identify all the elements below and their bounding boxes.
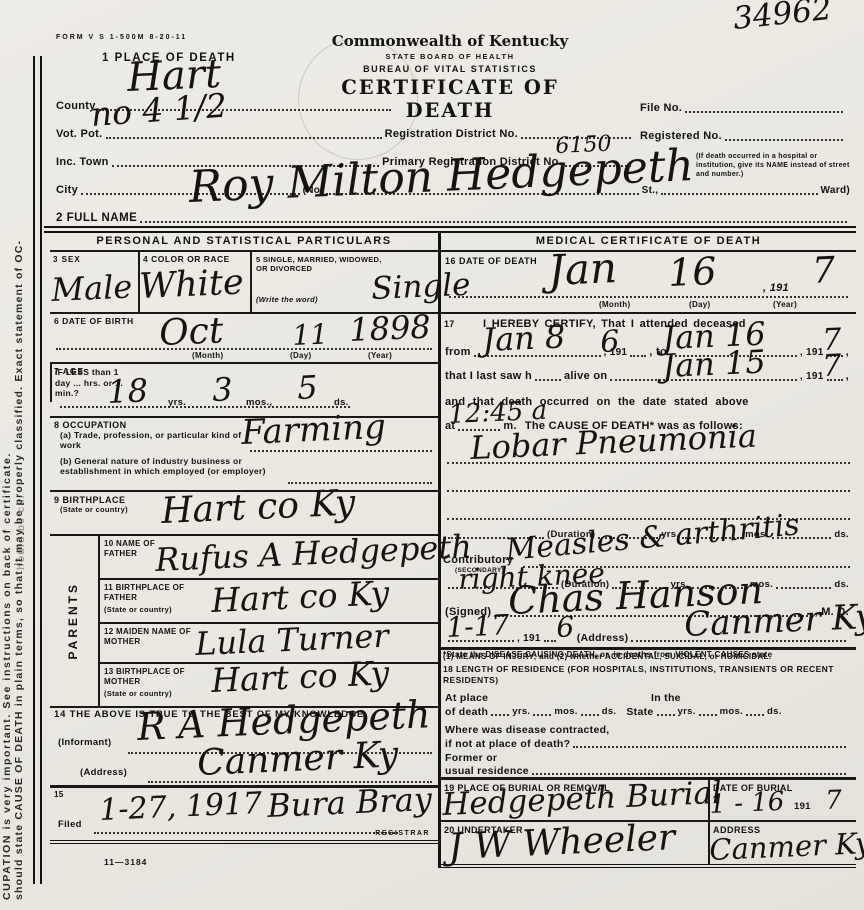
item-15-number: 15	[54, 790, 64, 799]
personal-section: PERSONAL AND STATISTICAL PARTICULARS 3 S…	[50, 233, 438, 844]
dod-month-sublabel: (Month)	[599, 300, 630, 309]
age-months-handwritten: 3	[212, 373, 234, 406]
mother-birthplace-value-handwritten: Hart co Ky	[211, 656, 390, 697]
dotted-line	[535, 376, 561, 381]
dotted-line	[94, 832, 398, 834]
footnote-line-2: (1) MEANS OF INJURY; and (2) whether ACC…	[443, 652, 771, 661]
burial-place-cell: 19 PLACE OF BURIAL OR REMOVAL Hedgepeth …	[441, 780, 710, 820]
dod-year-prefix: , 191	[763, 282, 789, 295]
dod-year-digit-handwritten: 7	[811, 253, 835, 290]
form-number: 11—3184	[104, 858, 147, 868]
residence-label: 18 LENGTH OF RESIDENCE (FOR HOSPITALS, I…	[443, 664, 843, 685]
signed-year-digit-handwritten: 6	[556, 613, 575, 642]
dob-day-sublabel: (Day)	[290, 351, 312, 360]
dotted-line	[106, 134, 382, 139]
burial-date-cell: DATE OF BURIAL 1 - 16 191 7	[710, 780, 856, 820]
mos-label: mos.	[720, 707, 743, 718]
of-death-label: of death	[445, 706, 488, 718]
informant-label: (Informant)	[58, 738, 111, 749]
birthplace-label: 9 BIRTHPLACE	[54, 495, 126, 505]
ds-label: ds.	[834, 580, 849, 591]
attended-from-handwritten: Jan 8	[482, 320, 566, 356]
year-prefix-print: , 191	[800, 347, 824, 359]
occupation-b-label: (b) General nature of industry business …	[60, 456, 282, 476]
state-board-label: STATE BOARD OF HEALTH	[318, 53, 582, 62]
usual-residence-line: usual residence	[445, 765, 849, 777]
informant-address-value-handwritten: Canmer Ky	[196, 737, 399, 782]
parents-label-cell: PARENTS	[50, 536, 100, 706]
attended-from-year-handwritten: 6	[600, 327, 620, 358]
dotted-line	[533, 711, 551, 716]
dob-month-sublabel: (Month)	[192, 351, 223, 360]
father-birthplace-value-handwritten: Hart co Ky	[211, 576, 390, 617]
undertaker-address-cell: ADDRESS Canmer Ky	[710, 822, 856, 864]
father-birthplace-label: 11 BIRTHPLACE OF FATHER	[104, 583, 204, 602]
age-mos-label: mos.,	[246, 398, 272, 409]
year-prefix-print: , 191	[517, 633, 541, 645]
state-label: State	[626, 706, 653, 718]
undertaker-value-handwritten: J W Wheeler	[447, 820, 676, 866]
physician-address-handwritten: Canmer Ky	[684, 600, 864, 642]
dotted-line	[685, 108, 843, 113]
undertaker-cell: 20 UNDERTAKER J W Wheeler	[441, 822, 710, 864]
birthplace-row: 9 BIRTHPLACE (State or country) Hart co …	[50, 492, 438, 536]
form-left-double-border	[33, 56, 42, 884]
margin-instruction-fragment: hould be ca.	[15, 430, 27, 570]
dotted-line	[532, 770, 846, 775]
mother-name-label: 12 MAIDEN NAME OF MOTHER	[104, 627, 194, 646]
file-no-label: File No.	[640, 102, 682, 115]
dob-year-sublabel: (Year)	[368, 351, 392, 360]
dob-year-handwritten: 1898	[349, 310, 432, 346]
dod-label: 16 DATE OF DEATH	[445, 256, 537, 266]
at-place-label: At place	[445, 692, 488, 704]
father-birthplace-hint: (State or country)	[104, 606, 172, 615]
certify-number: 17	[444, 319, 455, 329]
full-name-label: 2 FULL NAME	[56, 212, 137, 225]
city-label: City	[56, 184, 78, 197]
parents-label: PARENTS	[67, 582, 81, 659]
residence-block: (1) MEANS OF INJURY; and (2) whether ACC…	[441, 650, 856, 780]
filed-date-handwritten: 1-27, 1917	[99, 789, 263, 826]
residence-duration-line: of death yrs. mos. ds. State yrs. mos. d…	[445, 706, 849, 718]
dob-label: 6 DATE OF BIRTH	[54, 317, 134, 327]
age-yrs-label: yrs.	[168, 398, 186, 409]
burial-place-value-handwritten: Hedgepeth Burial	[442, 778, 723, 821]
sex-value-handwritten: Male	[51, 270, 133, 306]
cause-value-handwritten: Lobar Pneumonia	[470, 420, 758, 464]
occupation-a-label: (a) Trade, profession, or particular kin…	[60, 430, 248, 450]
dotted-line	[447, 490, 850, 492]
last-saw-prefix: that I last saw h	[445, 370, 532, 383]
race-value-handwritten: White	[138, 265, 244, 305]
full-name-value-handwritten: Roy Milton Hedgepeth	[188, 144, 695, 210]
dod-day-sublabel: (Day)	[689, 300, 711, 309]
burial-date-year-digit-handwritten: 7	[825, 787, 843, 814]
undertaker-address-value-handwritten: Canmer Ky	[709, 829, 864, 865]
date-of-death-row: 16 DATE OF DEATH Jan 16 , 191 7 (Month) …	[441, 252, 856, 314]
inc-town-label: Inc. Town	[56, 156, 109, 169]
dotted-line	[725, 136, 843, 141]
ds-label: ds.	[834, 530, 849, 541]
certificate-number-handwritten: 34962	[732, 0, 833, 35]
birthplace-hint: (State or country)	[60, 506, 128, 515]
dotted-line	[746, 711, 764, 716]
in-the-label: In the	[651, 692, 681, 704]
commonwealth-title: Commonwealth of Kentucky	[318, 32, 582, 50]
informant-address-label: (Address)	[80, 768, 127, 779]
dod-day-handwritten: 16	[667, 252, 717, 292]
ds-label: ds.	[767, 707, 782, 718]
usual-residence-label: usual residence	[445, 765, 529, 777]
ward-label: Ward)	[821, 185, 850, 197]
yrs-label: yrs.	[678, 707, 696, 718]
if-not-line: if not at place of death?	[445, 738, 849, 750]
age-days-handwritten: 5	[297, 371, 319, 404]
occupation-label: 8 OCCUPATION	[54, 420, 127, 430]
registration-district-label: Registration District No.	[385, 128, 518, 141]
parents-rows: 10 NAME OF FATHER Rufus A Hedgepeth 11 B…	[100, 536, 438, 706]
if-not-label: if not at place of death?	[445, 738, 570, 750]
certificate-title: CERTIFICATE OF DEATH	[318, 76, 582, 122]
burial-date-value-handwritten: 1 - 16	[709, 789, 785, 818]
vot-pot-value-handwritten: no 4 1/2	[90, 89, 228, 131]
birthplace-value-handwritten: Hart co Ky	[160, 486, 356, 530]
hospital-note: (If death occurred in a hospital or inst…	[696, 152, 852, 179]
personal-section-title: PERSONAL AND STATISTICAL PARTICULARS	[50, 233, 438, 252]
dod-year-sublabel: (Year)	[773, 300, 797, 309]
dotted-line	[657, 711, 675, 716]
yrs-label: yrs.	[512, 707, 530, 718]
dotted-line	[140, 218, 847, 223]
dotted-line	[573, 743, 846, 748]
mother-birthplace-label: 13 BIRTHPLACE OF MOTHER	[104, 667, 204, 686]
dotted-line	[581, 711, 599, 716]
year-prefix-print: , 191	[800, 371, 824, 383]
ds-label: ds.	[602, 707, 617, 718]
certificate-header: FORM V S 1-500M 8-20-11 34962 1 PLACE OF…	[50, 20, 856, 230]
dob-month-handwritten: Oct	[158, 313, 224, 352]
filed-label: Filed	[58, 820, 82, 831]
dotted-line	[491, 711, 509, 716]
occupation-row: 8 OCCUPATION (a) Trade, profession, or p…	[50, 418, 438, 492]
filed-row: 15 Filed 1-27, 1917 Bura Bray REGISTRAR	[50, 788, 438, 844]
certification-block: 17 I HEREBY CERTIFY, That I attended dec…	[441, 314, 856, 650]
last-saw-line: that I last saw h alive on , 191 ,	[445, 370, 849, 383]
bureau-label: BUREAU OF VITAL STATISTICS	[318, 64, 582, 74]
medical-section: MEDICAL CERTIFICATE OF DEATH 16 DATE OF …	[438, 233, 856, 868]
marital-hint: (Write the word)	[256, 296, 318, 305]
from-label: from	[445, 346, 471, 359]
mother-birthplace-hint: (State or country)	[104, 690, 172, 699]
dotted-line	[56, 348, 432, 350]
age-ds-label: ds.	[334, 398, 349, 409]
marital-value-handwritten: Single	[371, 270, 471, 305]
dotted-line	[776, 584, 831, 589]
alive-on-label: alive on	[564, 370, 607, 383]
race-cell: 4 COLOR OR RACE White	[140, 252, 252, 312]
form-code: FORM V S 1-500M 8-20-11	[56, 34, 187, 42]
sex-race-marital-row: 3 SEX Male 4 COLOR OR RACE White 5 SINGL…	[50, 252, 438, 314]
attestation-row: 14 THE ABOVE IS TRUE TO THE BEST OF MY K…	[50, 708, 438, 788]
comma-print: ,	[846, 346, 849, 359]
dob-day-handwritten: 11	[292, 320, 329, 350]
father-name-value-handwritten: Rufus A Hedgepeth	[155, 530, 473, 576]
dotted-line	[544, 637, 556, 642]
registrar-signature-handwritten: Bura Bray	[267, 783, 433, 822]
mos-label: mos.	[554, 707, 577, 718]
physician-address-label: (Address)	[577, 632, 629, 644]
time-value-handwritten: 12:45 a	[448, 398, 548, 428]
registrar-label: REGISTRAR	[375, 830, 430, 838]
dotted-line	[449, 296, 848, 298]
comma-print: ,	[846, 370, 849, 383]
sex-label: 3 SEX	[53, 255, 81, 264]
last-saw-year-handwritten: 7	[822, 351, 842, 382]
sex-cell: 3 SEX Male	[50, 252, 140, 312]
dotted-line	[699, 711, 717, 716]
dod-month-handwritten: Jan	[547, 247, 618, 292]
dotted-line	[630, 352, 646, 357]
marital-label: 5 SINGLE, MARRIED, WIDOWED, OR DIVORCED	[256, 255, 386, 273]
header-heavy-rule	[44, 226, 856, 233]
burial-row: 19 PLACE OF BURIAL OR REMOVAL Hedgepeth …	[441, 780, 856, 822]
parents-block: PARENTS 10 NAME OF FATHER Rufus A Hedgep…	[50, 536, 438, 708]
death-certificate-scan: should state CAUSE OF DEATH in plain ter…	[0, 0, 864, 910]
former-label: Former or	[445, 752, 497, 764]
file-no-line: File No.	[640, 102, 846, 115]
burial-date-year-prefix: 191	[794, 802, 811, 813]
undertaker-row: 20 UNDERTAKER J W Wheeler ADDRESS Canmer…	[441, 822, 856, 868]
if-less-note: IF LESS than 1 day ... hrs. or ... min.?	[50, 364, 134, 402]
marital-cell: 5 SINGLE, MARRIED, WIDOWED, OR DIVORCED …	[252, 252, 438, 312]
signed-date-handwritten: 1-17	[446, 611, 510, 642]
margin-instruction-line-2: CUPATION is very important. See instruct…	[1, 295, 13, 900]
where-contracted-label: Where was disease contracted,	[445, 724, 610, 736]
date-of-birth-row: 6 DATE OF BIRTH Oct 11 1898 (Month) (Day…	[50, 314, 438, 364]
last-saw-handwritten: Jan 15	[662, 346, 767, 382]
medical-section-title: MEDICAL CERTIFICATE OF DEATH	[441, 233, 856, 252]
full-name-line: 2 FULL NAME	[56, 212, 850, 225]
occupation-value-handwritten: Farming	[241, 410, 387, 450]
